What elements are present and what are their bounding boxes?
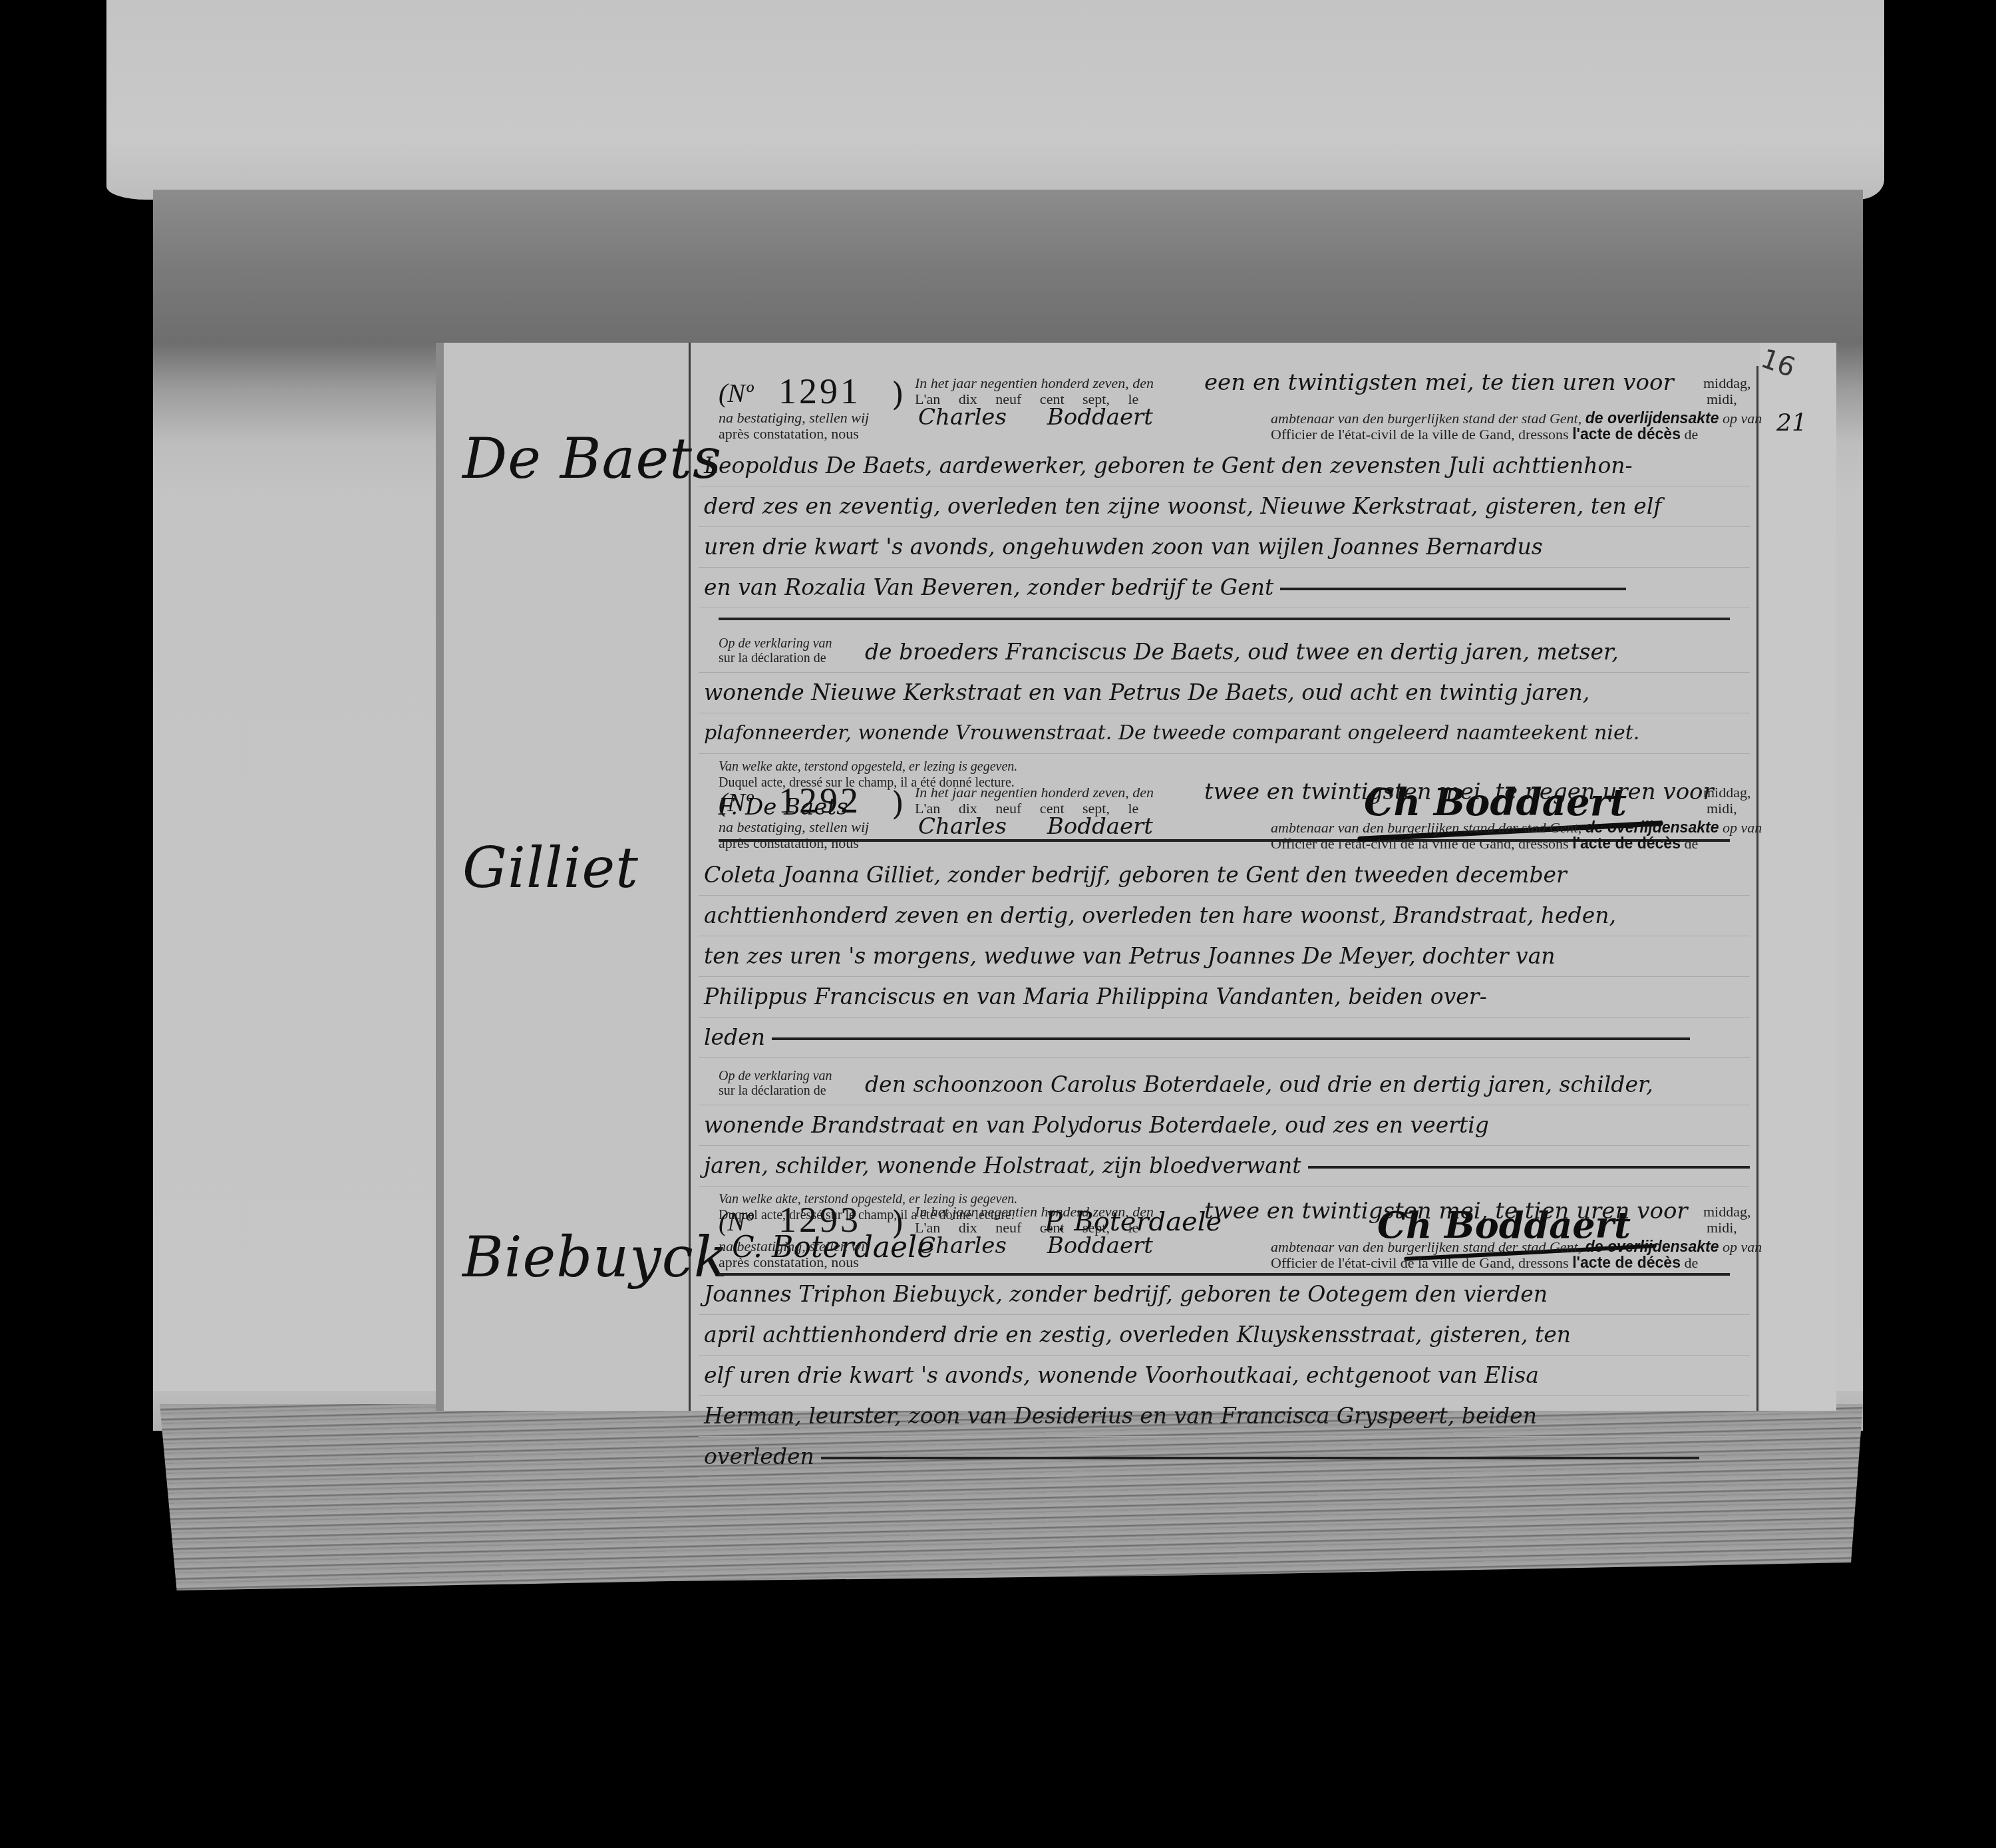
act-1293: (Nº 1293 ) In het jaar negentien honderd… xyxy=(699,1198,1750,1477)
printed-official-nl: ambtenaar van den burgerlijken stand der… xyxy=(1271,819,1762,836)
fill-line xyxy=(1308,1166,1750,1169)
act-number-prefix: (Nº xyxy=(719,377,753,409)
declaration-line: de broeders Franciscus De Baets, oud twe… xyxy=(699,632,1750,673)
officer-name: Charles Boddaert xyxy=(918,1232,1153,1259)
printed-official-fr: Officier de l'état-civil de la ville de … xyxy=(1271,425,1698,443)
death-register-sheet: 16 21 De Baets Gilliet Biebuyck (Nº 1291… xyxy=(436,343,1836,1411)
body-line: ten zes uren 's morgens, weduwe van Petr… xyxy=(699,936,1750,977)
printed-midday-nl: middag, xyxy=(1703,784,1751,801)
body-line: Leopoldus De Baets, aardewerker, geboren… xyxy=(699,446,1750,486)
printed-official-nl: ambtenaar van den burgerlijken stand der… xyxy=(1271,409,1762,427)
date-handwritten: twee en twintigsten mei, te tien uren vo… xyxy=(1204,1198,1688,1224)
printed-midday-fr: midi, xyxy=(1707,800,1737,817)
margin-name-act-1292: Gilliet xyxy=(462,835,639,900)
printed-year-nl: In het jaar negentien honderd zeven, den xyxy=(915,1203,1154,1220)
printed-year-nl: In het jaar negentien honderd zeven, den xyxy=(915,784,1154,801)
paren: ) xyxy=(892,376,904,413)
margin-mark: 21 xyxy=(1776,409,1807,437)
paren: ) xyxy=(892,785,904,823)
printed-midday-nl: middag, xyxy=(1703,1203,1751,1220)
officer-name: Charles Boddaert xyxy=(918,404,1153,431)
date-handwritten: een en twintigsten mei, te tien uren voo… xyxy=(1204,369,1674,396)
body-line: en van Rozalia Van Beveren, zonder bedri… xyxy=(699,568,1750,608)
act-number: 1291 xyxy=(778,371,861,412)
printed-official-fr: Officier de l'état-civil de la ville de … xyxy=(1271,834,1698,852)
margin-name-act-1293: Biebuyck xyxy=(462,1224,729,1290)
printed-verification-fr: après constatation, nous xyxy=(719,425,859,443)
printed-official-nl: ambtenaar van den burgerlijken stand der… xyxy=(1271,1238,1762,1256)
declaration-block: Op de verklaring van sur la déclaration … xyxy=(699,1065,1750,1187)
body-line: Coleta Joanna Gilliet, zonder bedrijf, g… xyxy=(699,855,1750,896)
printed-verification-nl: na bestatiging, stellen wij xyxy=(719,819,869,836)
act-number: 1292 xyxy=(778,780,861,821)
act-header: (Nº 1293 ) In het jaar negentien honderd… xyxy=(699,1198,1750,1274)
right-margin-strip xyxy=(1760,343,1836,1411)
printed-verification-fr: après constatation, nous xyxy=(719,834,859,852)
act-header: (Nº 1291 ) In het jaar negentien honderd… xyxy=(699,369,1750,446)
date-handwritten: twee en twintigsten mei, te negen uren v… xyxy=(1204,779,1714,805)
declaration-line: jaren, schilder, wonende Holstraat, zijn… xyxy=(699,1146,1750,1187)
printed-reading-nl: Van welke akte, terstond opgesteld, er l… xyxy=(719,759,1017,775)
printed-midday-fr: midi, xyxy=(1707,391,1737,408)
declaration-line: wonende Brandstraat en van Polydorus Bot… xyxy=(699,1105,1750,1146)
printed-verification-nl: na bestatiging, stellen wij xyxy=(719,1238,869,1255)
printed-midday-nl: middag, xyxy=(1703,375,1751,392)
body-line: uren drie kwart 's avonds, ongehuwden zo… xyxy=(699,527,1750,568)
declaration-block: Op de verklaring van sur la déclaration … xyxy=(699,632,1750,754)
declaration-line: wonende Nieuwe Kerkstraat en van Petrus … xyxy=(699,673,1750,713)
act-number-prefix: (Nº xyxy=(719,787,753,818)
printed-verification-fr: après constatation, nous xyxy=(719,1254,859,1271)
body-line: Herman, leurster, zoon van Desiderius en… xyxy=(699,1396,1750,1437)
body-line: april achttienhonderd drie en zestig, ov… xyxy=(699,1315,1750,1356)
body-line: achttienhonderd zeven en dertig, overled… xyxy=(699,896,1750,936)
body-line: overleden xyxy=(699,1437,1750,1477)
fill-line xyxy=(772,1037,1690,1040)
act-number-prefix: (Nº xyxy=(719,1206,753,1237)
officer-name: Charles Boddaert xyxy=(918,813,1153,840)
body-line: derd zes en zeventig, overleden ten zijn… xyxy=(699,486,1750,527)
declaration-line: den schoonzoon Carolus Boterdaele, oud d… xyxy=(699,1065,1750,1105)
printed-midday-fr: midi, xyxy=(1707,1219,1737,1236)
declaration-line: plafonneerder, wonende Vrouwenstraat. De… xyxy=(699,713,1750,754)
body-line: elf uren drie kwart 's avonds, wonende V… xyxy=(699,1356,1750,1396)
act-header: (Nº 1292 ) In het jaar negentien honderd… xyxy=(699,779,1750,855)
section-divider xyxy=(719,618,1730,620)
body-line: Joannes Triphon Biebuyck, zonder bedrijf… xyxy=(699,1274,1750,1315)
body-line: Philippus Franciscus en van Maria Philip… xyxy=(699,977,1750,1017)
printed-official-fr: Officier de l'état-civil de la ville de … xyxy=(1271,1254,1698,1272)
printed-verification-nl: na bestatiging, stellen wij xyxy=(719,409,869,427)
fill-line xyxy=(1280,588,1626,590)
paren: ) xyxy=(892,1204,904,1242)
fill-line xyxy=(821,1457,1699,1459)
act-number: 1293 xyxy=(778,1199,861,1240)
facing-page-top xyxy=(106,0,1884,200)
margin-name-act-1291: De Baets xyxy=(462,426,722,491)
printed-year-nl: In het jaar negentien honderd zeven, den xyxy=(915,375,1154,392)
body-line: leden xyxy=(699,1017,1750,1058)
